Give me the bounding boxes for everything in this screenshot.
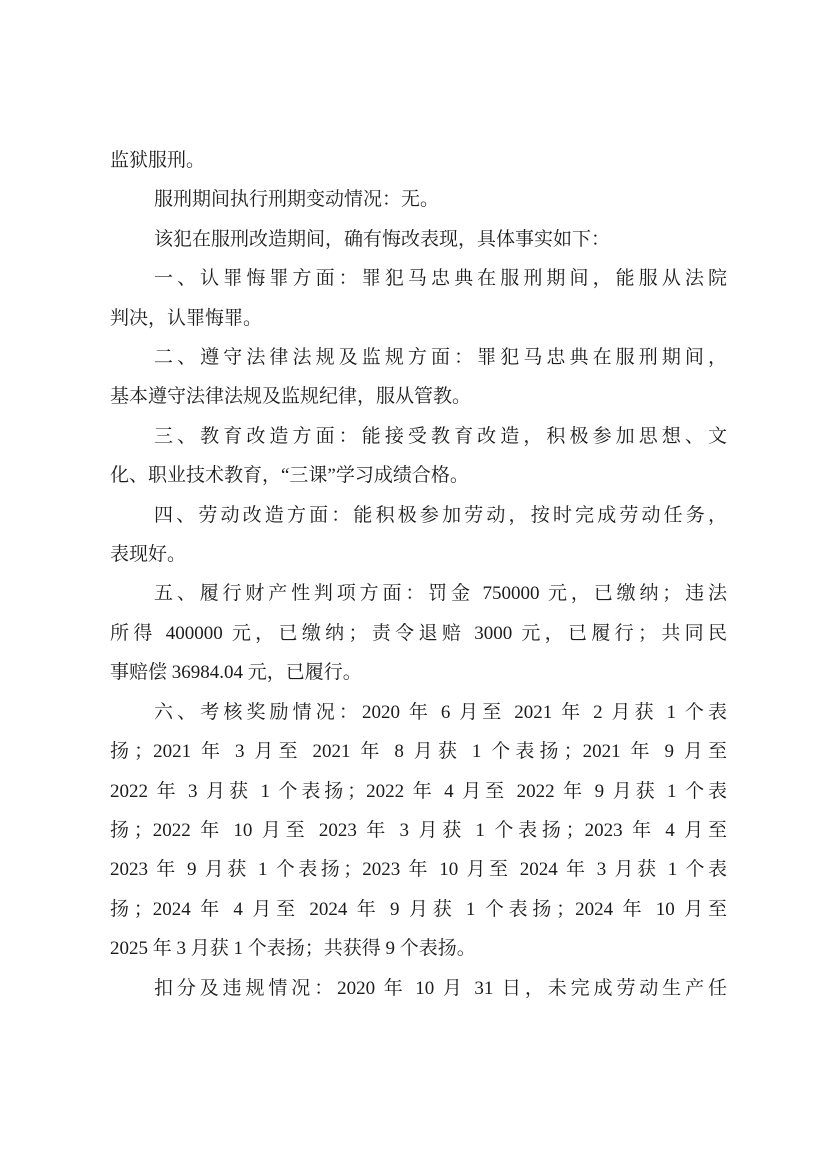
text-line: 服刑期间执行刑期变动情况：无。 — [110, 180, 727, 219]
text-line: 表现好。 — [110, 535, 727, 574]
document-text: 监狱服刑。 服刑期间执行刑期变动情况：无。 该犯在服刑改造期间，确有悔改表现，具… — [110, 141, 727, 1008]
text-line: 2025 年 3 月获 1 个表扬；共获得 9 个表扬。 — [110, 929, 727, 968]
paragraph-item-4: 四、劳动改造方面：能积极参加劳动，按时完成劳动任务， 表现好。 — [110, 496, 727, 575]
text-line: 基本遵守法律法规及监规纪律，服从管教。 — [110, 377, 727, 416]
text-line: 2022 年 3 月获 1 个表扬；2022 年 4 月至 2022 年 9 月… — [110, 772, 727, 811]
paragraph-sentence-change: 服刑期间执行刑期变动情况：无。 — [110, 180, 727, 219]
paragraph-item-6: 六、考核奖励情况：2020 年 6 月至 2021 年 2 月获 1 个表 扬；… — [110, 693, 727, 969]
text-line: 所得 400000 元，已缴纳；责令退赔 3000 元，已履行；共同民 — [110, 614, 727, 653]
text-line: 扬；2021 年 3 月至 2021 年 8 月获 1 个表扬；2021 年 9… — [110, 732, 727, 771]
text-line: 五、履行财产性判项方面：罚金 750000 元，已缴纳；违法 — [110, 574, 727, 613]
text-line: 判决，认罪悔罪。 — [110, 299, 727, 338]
text-line: 该犯在服刑改造期间，确有悔改表现，具体事实如下： — [110, 220, 727, 259]
paragraph-deductions: 扣分及违规情况：2020 年 10 月 31 日，未完成劳动生产任 — [110, 969, 727, 1008]
text-line: 2023 年 9 月获 1 个表扬；2023 年 10 月至 2024 年 3 … — [110, 850, 727, 889]
text-line: 监狱服刑。 — [110, 141, 727, 180]
text-line: 一、认罪悔罪方面：罪犯马忠典在服刑期间，能服从法院 — [110, 259, 727, 298]
text-line: 扣分及违规情况：2020 年 10 月 31 日，未完成劳动生产任 — [110, 969, 727, 1008]
paragraph-continuation: 监狱服刑。 — [110, 141, 727, 180]
text-line: 三、教育改造方面：能接受教育改造，积极参加思想、文 — [110, 417, 727, 456]
paragraph-item-1: 一、认罪悔罪方面：罪犯马忠典在服刑期间，能服从法院 判决，认罪悔罪。 — [110, 259, 727, 338]
text-line: 六、考核奖励情况：2020 年 6 月至 2021 年 2 月获 1 个表 — [110, 693, 727, 732]
text-line: 扬；2024 年 4 月至 2024 年 9 月获 1 个表扬；2024 年 1… — [110, 890, 727, 929]
paragraph-item-2: 二、遵守法律法规及监规方面：罪犯马忠典在服刑期间， 基本遵守法律法规及监规纪律，… — [110, 338, 727, 417]
text-line: 二、遵守法律法规及监规方面：罪犯马忠典在服刑期间， — [110, 338, 727, 377]
text-line: 事赔偿 36984.04 元，已履行。 — [110, 653, 727, 692]
document-page: 监狱服刑。 服刑期间执行刑期变动情况：无。 该犯在服刑改造期间，确有悔改表现，具… — [0, 0, 827, 1169]
text-line: 化、职业技术教育，“三课”学习成绩合格。 — [110, 456, 727, 495]
text-line: 扬；2022 年 10 月至 2023 年 3 月获 1 个表扬；2023 年 … — [110, 811, 727, 850]
paragraph-item-5: 五、履行财产性判项方面：罚金 750000 元，已缴纳；违法 所得 400000… — [110, 574, 727, 692]
paragraph-item-3: 三、教育改造方面：能接受教育改造，积极参加思想、文 化、职业技术教育，“三课”学… — [110, 417, 727, 496]
text-line: 四、劳动改造方面：能积极参加劳动，按时完成劳动任务， — [110, 496, 727, 535]
paragraph-intro: 该犯在服刑改造期间，确有悔改表现，具体事实如下： — [110, 220, 727, 259]
